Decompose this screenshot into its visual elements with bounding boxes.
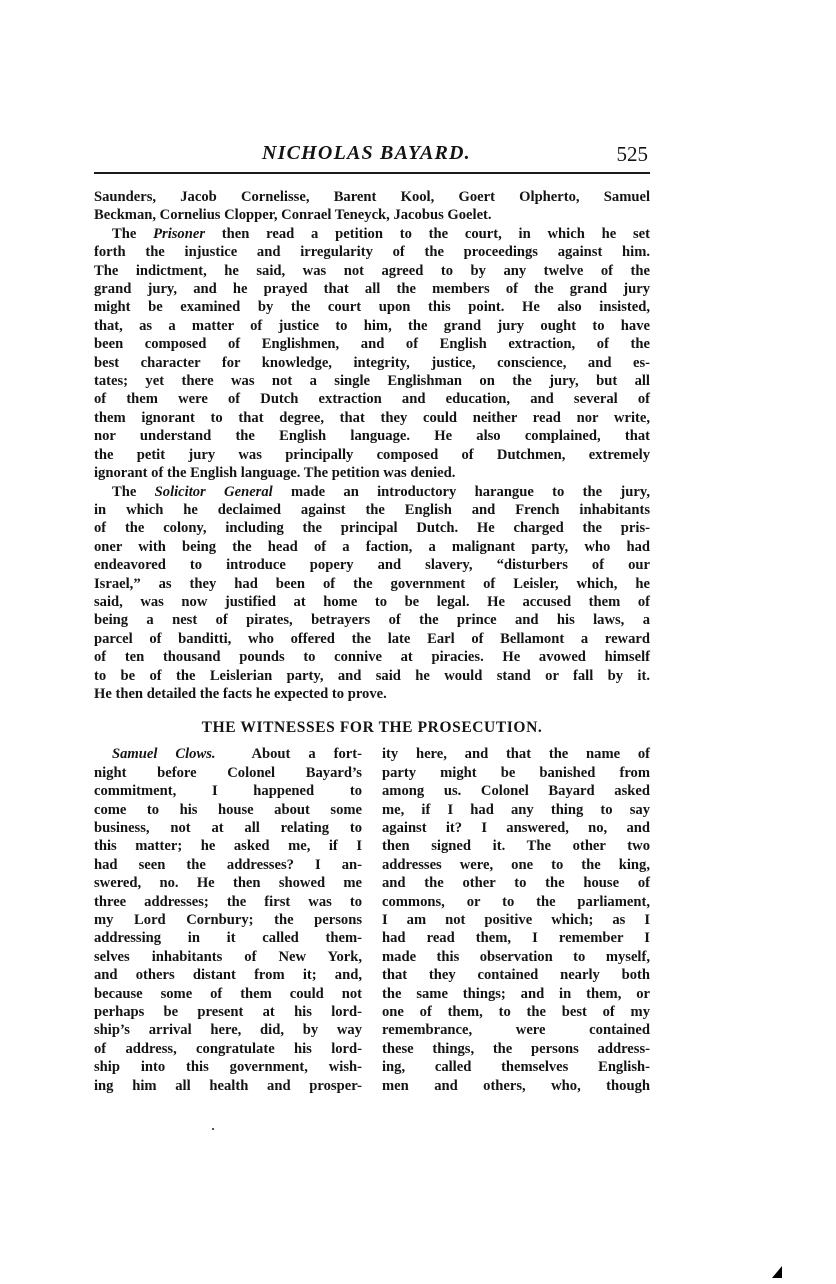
scan-speck xyxy=(212,1128,214,1130)
book-page: NICHOLAS BAYARD. 525 Saunders, Jacob Cor… xyxy=(94,140,650,1095)
page-number: 525 xyxy=(617,142,649,167)
body-text: Saunders, Jacob Cornelisse, Barent Kool,… xyxy=(94,188,650,703)
paragraph-prisoner-petition: The Prisoner then read a petition to the… xyxy=(94,225,650,483)
section-heading: THE WITNESSES FOR THE PROSECUTION. xyxy=(94,719,650,737)
two-column-testimony: Samuel Clows. About a fort- night before… xyxy=(94,745,650,1095)
right-column: ity here, and that the name of party mig… xyxy=(382,745,650,1095)
running-head: NICHOLAS BAYARD. 525 xyxy=(94,140,650,170)
header-rule xyxy=(94,172,650,174)
left-column: Samuel Clows. About a fort- night before… xyxy=(94,745,362,1095)
corner-scan-mark-icon xyxy=(772,1266,782,1278)
paragraph-solicitor-general: The Solicitor General made an introducto… xyxy=(94,483,650,704)
paragraph-jury-names: Saunders, Jacob Cornelisse, Barent Kool,… xyxy=(94,188,650,225)
solicitor-general-italic: Solicitor General xyxy=(155,484,273,500)
prisoner-italic: Prisoner xyxy=(153,226,205,242)
witness-name: Samuel Clows. xyxy=(112,746,216,762)
running-title: NICHOLAS BAYARD. xyxy=(262,142,471,165)
